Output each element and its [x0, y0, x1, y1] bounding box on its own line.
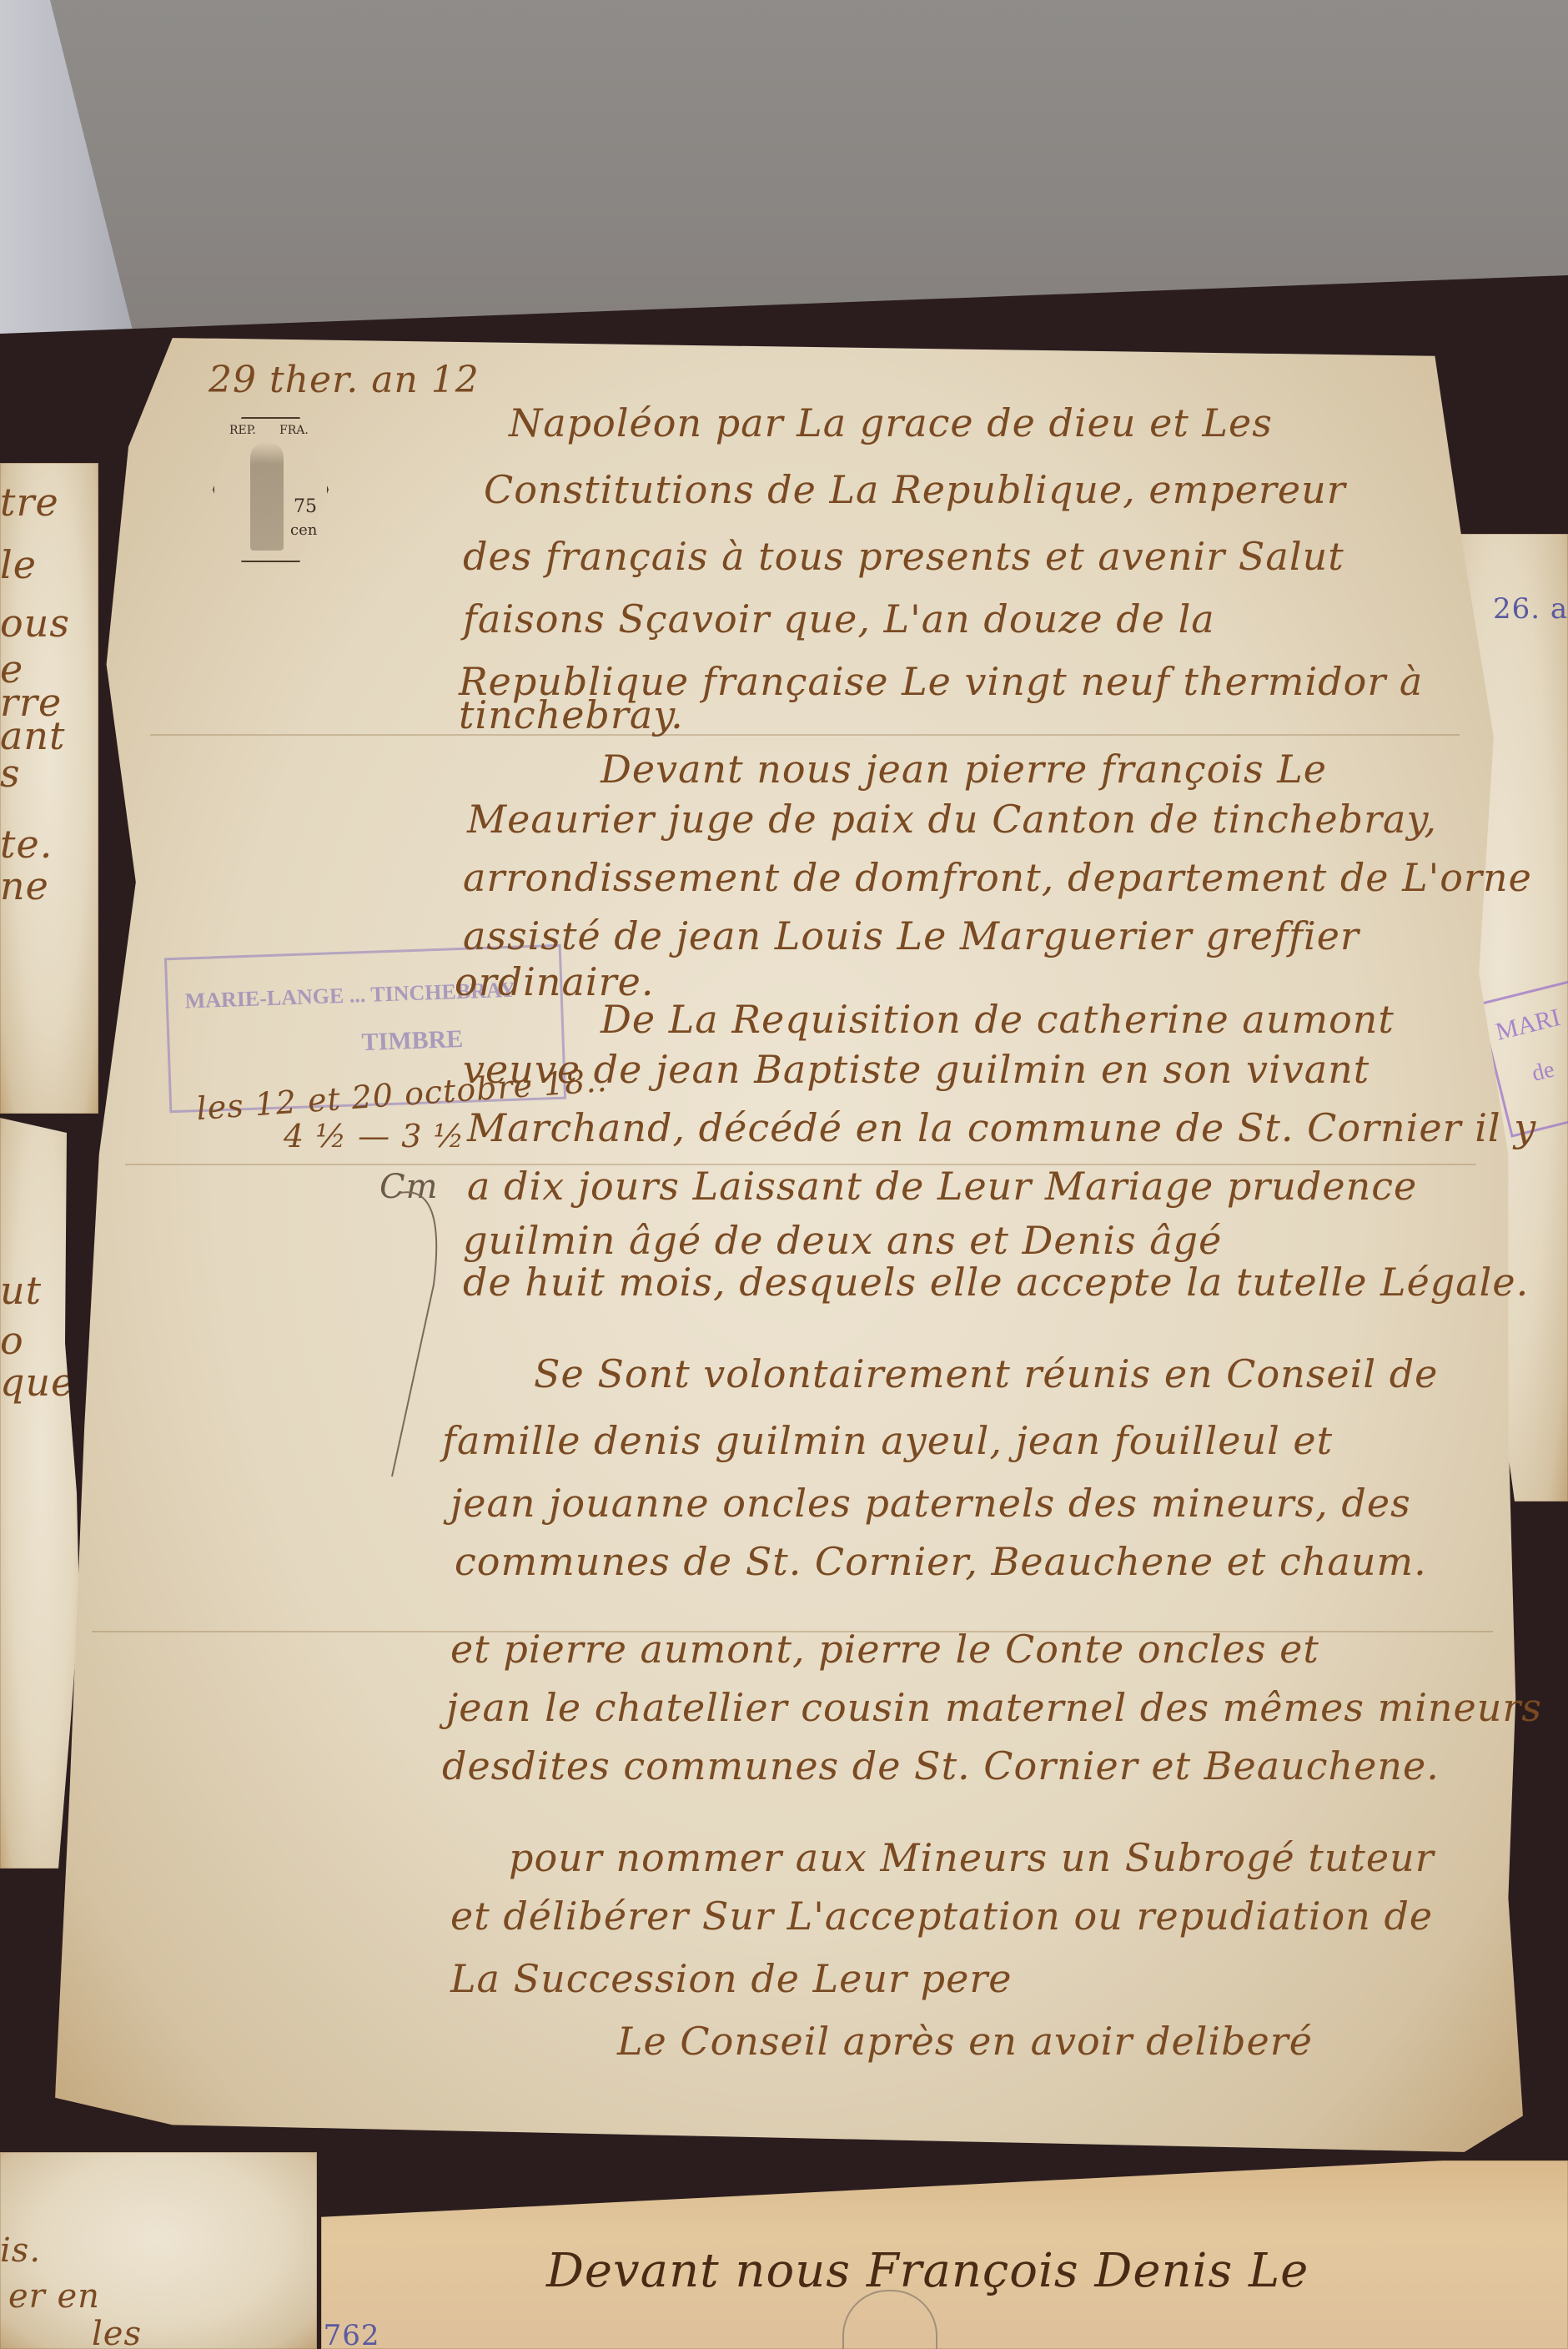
date-annotation: 29 ther. an 12 [209, 359, 480, 401]
left-document-fragment: tre le ous e rre ant s te. ne [0, 463, 98, 1114]
stamp-label: FRA. [279, 424, 309, 437]
document-line: pour nommer aux Mineurs un Subrogé tuteu… [509, 1835, 1435, 1880]
fragment-text: ne [0, 863, 49, 908]
document-line: tinchebray. [459, 692, 684, 737]
document-line: a dix jours Laissant de Leur Mariage pru… [467, 1164, 1417, 1209]
document-line: Marchand, décédé en la commune de St. Co… [467, 1105, 1536, 1150]
background-wall [0, 0, 1568, 334]
marianne-figure-icon [250, 442, 284, 551]
stamp-text: de [1530, 1056, 1557, 1087]
document-line: assisté de jean Louis Le Marguerier gref… [463, 913, 1359, 958]
fragment-text: les [92, 2315, 142, 2349]
margin-note: 4 ½ — 3 ½ [284, 1118, 465, 1154]
document-line: et délibérer Sur L'acceptation ou repudi… [450, 1894, 1433, 1939]
document-line: famille denis guilmin ayeul, jean fouill… [442, 1418, 1333, 1463]
document-line: guilmin âgé de deux ans et Denis âgé [463, 1218, 1222, 1263]
document-line: desdites communes de St. Cornier et Beau… [442, 1743, 1440, 1788]
document-line: et pierre aumont, pierre le Conte oncles… [450, 1627, 1319, 1672]
document-line: Constitutions de La Republique, empereur [484, 467, 1346, 512]
fragment-text: s [0, 751, 21, 796]
stamp-label: REP. [229, 424, 256, 437]
document-line: jean jouanne oncles paternels des mineur… [450, 1481, 1411, 1526]
bottom-document-heading: Devant nous François Denis Le [546, 2244, 1309, 2298]
document-line: veuve de jean Baptiste guilmin en son vi… [463, 1047, 1369, 1092]
fragment-text: tre [0, 480, 59, 525]
document-line: Le Conseil après en avoir deliberé [617, 2019, 1313, 2064]
document-line: Napoléon par La grace de dieu et Les [509, 400, 1273, 445]
archive-note: 26. a [1493, 592, 1568, 626]
fragment-text: te. [0, 822, 53, 867]
bottom-left-document-fragment: is. er en les [0, 2152, 317, 2349]
document-line: La Succession de Leur pere [450, 1956, 1013, 2001]
stamp-unit: cen [290, 521, 317, 539]
fragment-text: o [0, 1318, 24, 1363]
document-line: De La Requisition de catherine aumont [601, 997, 1395, 1042]
document-line: Meaurier juge de paix du Canton de tinch… [467, 797, 1437, 842]
fragment-text: ut [0, 1268, 42, 1313]
fragment-text: ous [0, 601, 70, 646]
stamp-middle: TIMBRE [361, 1025, 464, 1057]
document-line: jean le chatellier cousin maternel des m… [446, 1685, 1542, 1730]
fragment-text: er en [8, 2277, 100, 2316]
pencil-stroke [384, 1185, 450, 1485]
stamp-value: 75 [294, 496, 317, 517]
document-line: des français à tous presents et avenir S… [463, 534, 1344, 579]
fragment-text: le [0, 542, 37, 587]
paper-fold [150, 734, 1460, 736]
document-line: communes de St. Cornier, Beauchene et ch… [455, 1539, 1427, 1584]
document-line: Se Sont volontairement réunis en Conseil… [534, 1351, 1438, 1396]
document-line: arrondissement de domfront, departement … [463, 855, 1532, 900]
document-line: Devant nous jean pierre françois Le [601, 747, 1327, 792]
stamp-text: MARI [1493, 1003, 1563, 1047]
document-line: faisons Sçavoir que, L'an douze de la [463, 596, 1215, 641]
fragment-text: is. [0, 2231, 41, 2270]
document-line: de huit mois, desquels elle accepte la t… [463, 1260, 1529, 1305]
